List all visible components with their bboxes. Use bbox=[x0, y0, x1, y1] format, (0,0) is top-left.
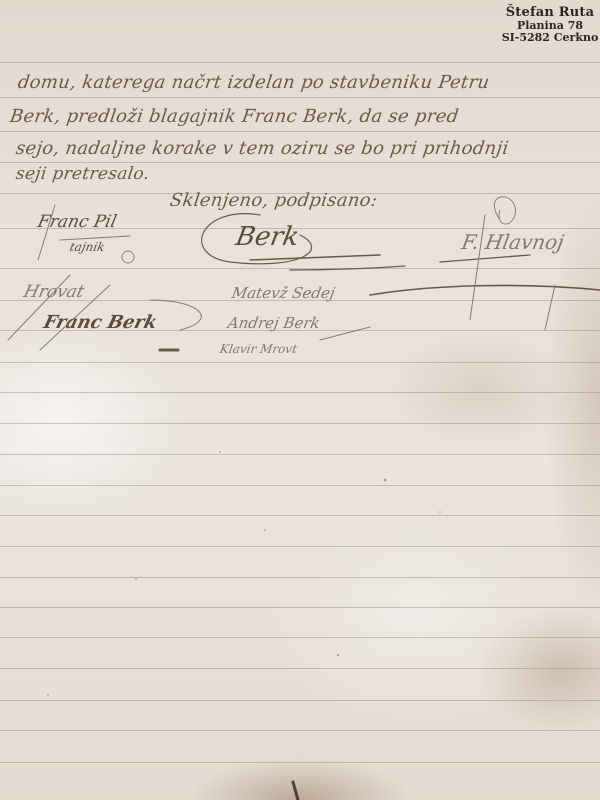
ruled-line bbox=[0, 454, 600, 455]
ruled-line bbox=[0, 700, 600, 701]
stamp-name: Štefan Ruta bbox=[500, 6, 600, 19]
ruled-line bbox=[0, 392, 600, 393]
ruled-line bbox=[0, 730, 600, 731]
ruled-line bbox=[0, 97, 600, 98]
signature-matevz-sedej: Matevž Sedej bbox=[230, 284, 336, 302]
signature-franc-berk: Franc Berk bbox=[41, 312, 159, 333]
ruled-line bbox=[0, 485, 600, 486]
signature-klavir-mrovt: Klavir Mrovt bbox=[219, 342, 298, 356]
ruled-line bbox=[0, 62, 600, 63]
signature-role-tajnik: tajnik bbox=[69, 240, 107, 254]
ruled-line bbox=[0, 668, 600, 669]
ruled-line bbox=[0, 423, 600, 424]
ruled-line bbox=[0, 162, 600, 163]
stamp-city: SI-5282 Cerkno bbox=[500, 32, 600, 43]
ruled-line bbox=[0, 268, 600, 269]
body-line-2: Berk, predloži blagajnik Franc Berk, da … bbox=[9, 106, 461, 127]
ruled-line bbox=[0, 577, 600, 578]
owner-stamp: Štefan Ruta Planina 78 SI-5282 Cerkno bbox=[500, 6, 600, 43]
signature-franc-pil: Franc Pil bbox=[36, 212, 119, 232]
ruled-line bbox=[0, 515, 600, 516]
body-line-1: domu, katerega načrt izdelan po stavbeni… bbox=[17, 72, 491, 93]
scanned-paper-page: Štefan Ruta Planina 78 SI-5282 Cerkno do… bbox=[0, 0, 600, 800]
ruled-line bbox=[0, 362, 600, 363]
body-line-3: sejo, nadaljne korake v tem oziru se bo … bbox=[15, 138, 510, 159]
ruled-line bbox=[0, 607, 600, 608]
body-line-4: seji pretresalo. bbox=[15, 164, 151, 184]
ruled-line bbox=[0, 762, 600, 763]
signature-hrovat: Hrovat bbox=[22, 282, 87, 302]
signature-berk: Berk bbox=[233, 222, 301, 252]
ruled-line bbox=[0, 546, 600, 547]
ruled-line bbox=[0, 637, 600, 638]
signature-andrej-berk: Andrej Berk bbox=[226, 314, 321, 332]
signature-hlavnoj: F. Hlavnoj bbox=[460, 230, 566, 254]
ruled-line bbox=[0, 131, 600, 132]
closing-phrase: Sklenjeno, podpisano: bbox=[169, 190, 379, 211]
stamp-street: Planina 78 bbox=[500, 20, 600, 31]
